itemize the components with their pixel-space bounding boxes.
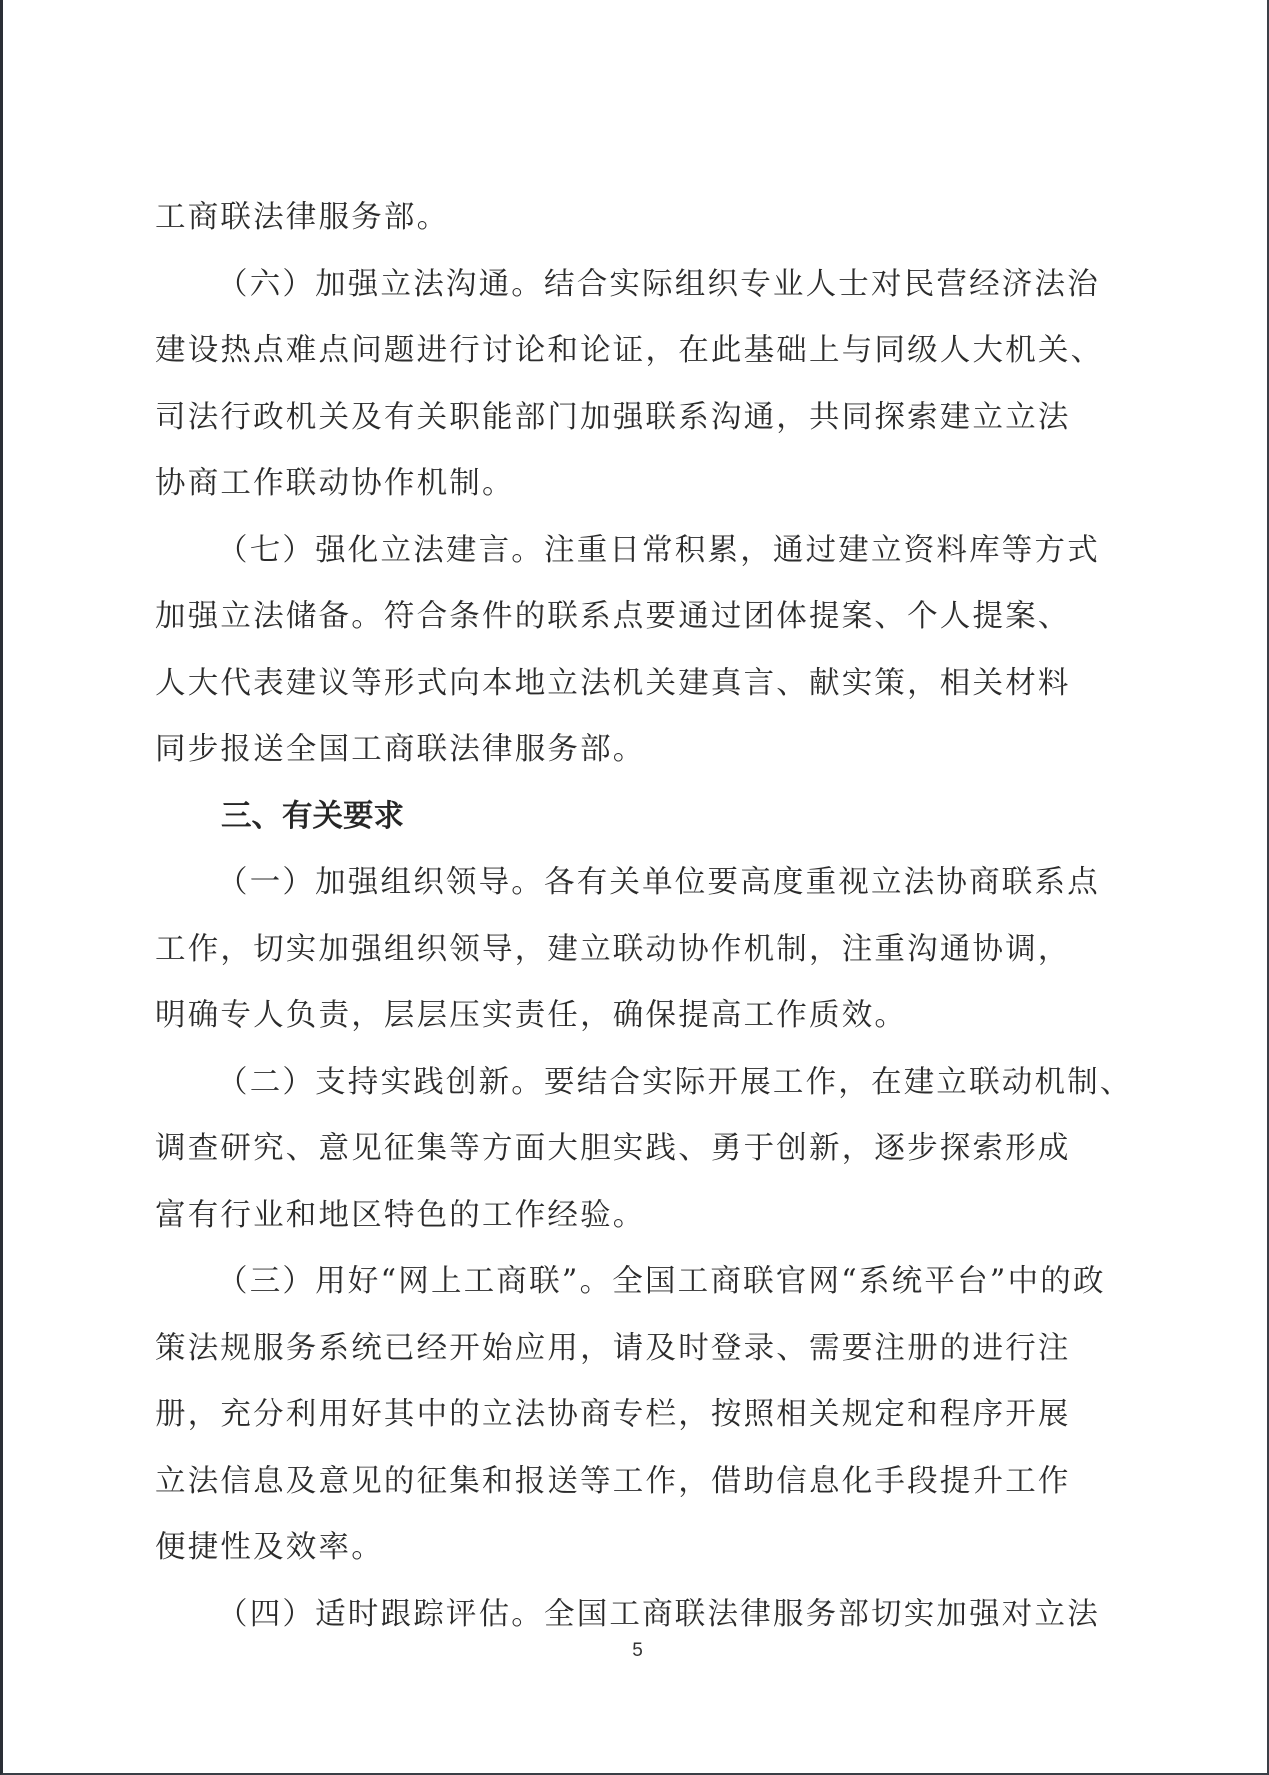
paragraph-2-start: （二）支持实践创新。要结合实际开展工作，在建立联动机制、 [155,1050,1121,1117]
text-line: 立法信息及意见的征集和报送等工作，借助信息化手段提升工作 [155,1449,1121,1516]
text-line: 工商联法律服务部。 [155,185,1121,252]
paragraph-4-start: （四）适时跟踪评估。全国工商联法律服务部切实加强对立法 [155,1582,1121,1649]
text-line: 调查研究、意见征集等方面大胆实践、勇于创新，逐步探索形成 [155,1116,1121,1183]
text-line: 明确专人负责，层层压实责任，确保提高工作质效。 [155,983,1121,1050]
text-line: 富有行业和地区特色的工作经验。 [155,1183,1121,1250]
text-line: 同步报送全国工商联法律服务部。 [155,717,1121,784]
document-page: 工商联法律服务部。 （六）加强立法沟通。结合实际组织专业人士对民营经济法治 建设… [0,0,1269,1775]
paragraph-6-start: （六）加强立法沟通。结合实际组织专业人士对民营经济法治 [155,252,1121,319]
page-number: 5 [3,1640,1269,1662]
section-heading-requirements: 三、有关要求 [155,784,1121,851]
paragraph-7-start: （七）强化立法建言。注重日常积累，通过建立资料库等方式 [155,518,1121,585]
text-line: 工作，切实加强组织领导，建立联动协作机制，注重沟通协调， [155,917,1121,984]
text-line: 人大代表建议等形式向本地立法机关建真言、献实策，相关材料 [155,651,1121,718]
text-line: 协商工作联动协作机制。 [155,451,1121,518]
paragraph-1-start: （一）加强组织领导。各有关单位要高度重视立法协商联系点 [155,850,1121,917]
text-line: 册，充分利用好其中的立法协商专栏，按照相关规定和程序开展 [155,1382,1121,1449]
paragraph-3-start: （三）用好“网上工商联”。全国工商联官网“系统平台”中的政 [155,1249,1121,1316]
document-body: 工商联法律服务部。 （六）加强立法沟通。结合实际组织专业人士对民营经济法治 建设… [155,185,1121,1648]
text-line: 便捷性及效率。 [155,1515,1121,1582]
text-line: 司法行政机关及有关职能部门加强联系沟通，共同探索建立立法 [155,385,1121,452]
text-line: 建设热点难点问题进行讨论和论证，在此基础上与同级人大机关、 [155,318,1121,385]
text-line: 加强立法储备。符合条件的联系点要通过团体提案、个人提案、 [155,584,1121,651]
text-line: 策法规服务系统已经开始应用，请及时登录、需要注册的进行注 [155,1316,1121,1383]
